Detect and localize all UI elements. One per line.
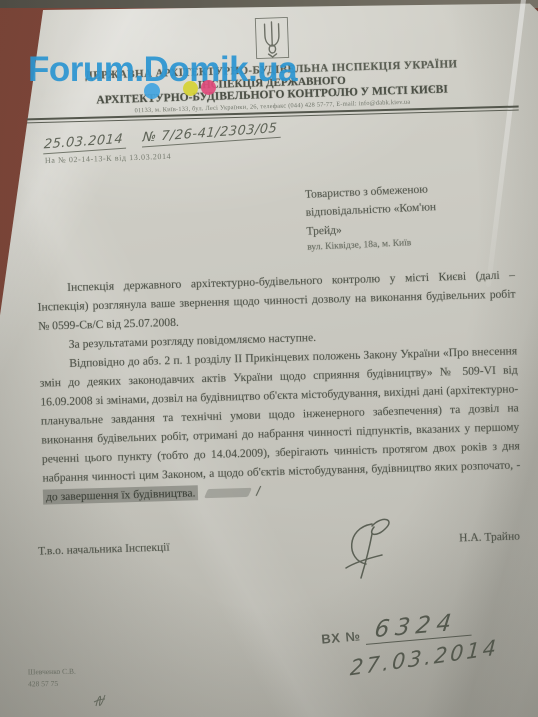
- body-paragraph-3: Відповідно до абз. 2 п. 1 розділу ІІ При…: [39, 341, 521, 506]
- stamp-label: ВХ №: [321, 628, 362, 648]
- signature-scribble: [320, 510, 400, 590]
- reply-reference: На № 02-14-13-К від 13.03.2014: [45, 152, 172, 165]
- photo-background: ДЕРЖАВНА АРХІТЕКТУРНО-БУДІВЕЛЬНА ІНСПЕКЦ…: [0, 0, 538, 717]
- highlighted-phrase: до завершення їх будівництва.: [43, 485, 199, 504]
- stamp-number-line: 6324: [363, 609, 471, 645]
- handwritten-outgoing-date: 25.03.2014: [43, 131, 127, 154]
- document: ДЕРЖАВНА АРХІТЕКТУРНО-БУДІВЕЛЬНА ІНСПЕКЦ…: [0, 0, 538, 717]
- executor-name: Шевченко С.В.: [28, 666, 76, 679]
- stamp-number: 6324: [373, 610, 458, 644]
- handwritten-outgoing-number: № 7/26-41/2303/05: [142, 121, 282, 148]
- body-paragraph-3-text: Відповідно до абз. 2 п. 1 розділу ІІ При…: [40, 344, 521, 484]
- incoming-stamp: ВХ № 6324 27.03.2014: [320, 606, 501, 678]
- recipient-block: Товариство з обмеженою відповідальністю …: [305, 178, 483, 256]
- letter-body: Інспекція державного архітектурно-будіве…: [37, 265, 521, 506]
- marker-smudge: [204, 488, 252, 498]
- handwritten-slash-mark: /: [256, 484, 260, 498]
- signature-row: Т.в.о. начальника Інспекції Н.А. Трайно: [38, 530, 522, 557]
- signer-title: Т.в.о. начальника Інспекції: [38, 541, 170, 557]
- executor-phone: 428 57 75: [28, 678, 76, 691]
- watermark-blue-dot-icon: [144, 83, 160, 99]
- outgoing-reference: 25.03.2014 № 7/26-41/2303/05 На № 02-14-…: [43, 121, 283, 168]
- executor-block: Шевченко С.В. 428 57 75: [28, 666, 76, 691]
- executor-initial-mark: [88, 686, 110, 712]
- watermark-text: Forum.Domik.ua: [28, 50, 297, 90]
- signer-name: Н.А. Трайно: [459, 530, 520, 544]
- watermark-yellow-dot-icon: [183, 81, 198, 96]
- watermark-pink-dot-icon: [201, 80, 216, 95]
